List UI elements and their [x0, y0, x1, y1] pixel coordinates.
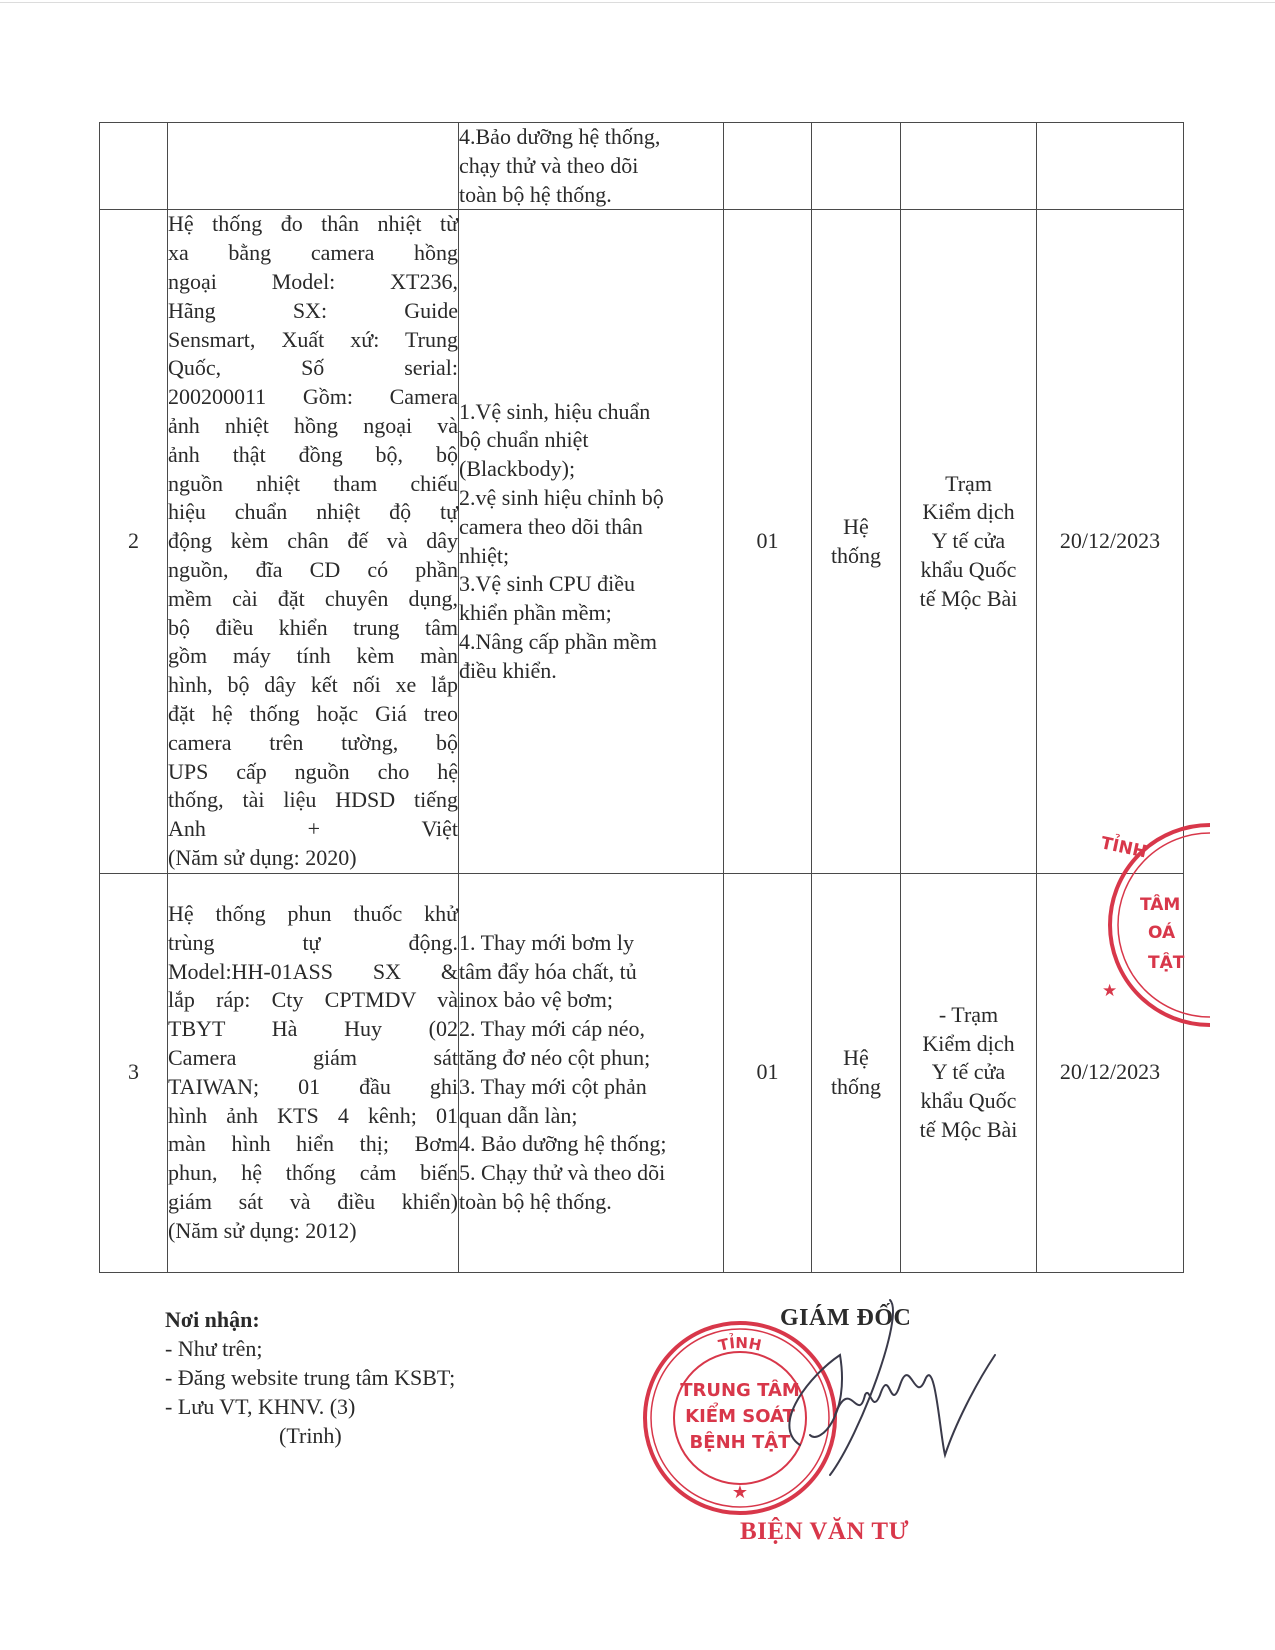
cell-text-line: đặt hệ thống hoặc Giá treo	[168, 700, 458, 729]
table-row: 2Hệ thống đo thân nhiệt từxa bằng camera…	[100, 210, 1184, 873]
drafter-initials: (Trinh)	[165, 1421, 455, 1450]
maintenance-tasks: 4.Bảo dưỡng hệ thống,chạy thử và theo dõ…	[459, 123, 724, 210]
cell-text-line: giám sát và điều khiển)	[168, 1188, 458, 1217]
location: TrạmKiểm dịchY tế cửakhẩu Quốctế Mộc Bài	[901, 210, 1037, 873]
cell-text-line: mềm cài đặt chuyên dụng,	[168, 585, 458, 614]
cell-text-line: 2.vệ sinh hiệu chỉnh bộ	[459, 484, 723, 513]
cell-text-line: ngoại Model: XT236,	[168, 268, 458, 297]
svg-text:TẬT: TẬT	[1148, 951, 1185, 973]
cell-text-line: 5. Chạy thử và theo dõi	[459, 1159, 723, 1188]
cell-text-line: phun, hệ thống cảm biến	[168, 1159, 458, 1188]
cell-text-line: nguồn, đĩa CD có phần	[168, 556, 458, 585]
cell-text-line: Hệ	[812, 513, 900, 542]
cell-text-line: khẩu Quốc	[901, 1087, 1036, 1116]
cell-text-line: điều khiển.	[459, 657, 723, 686]
cell-text-line: TBYT Hà Huy (02	[168, 1015, 458, 1044]
row-number: 2	[100, 210, 168, 873]
cell-text-line: Y tế cửa	[901, 1058, 1036, 1087]
cell-text-line: Quốc, Số serial:	[168, 354, 458, 383]
cell-text-line: hiệu chuẩn nhiệt độ tự	[168, 498, 458, 527]
cell-text-line: bộ điều khiển trung tâm	[168, 614, 458, 643]
quantity: 01	[724, 210, 812, 873]
recipient-item: - Đăng website trung tâm KSBT;	[165, 1363, 455, 1392]
unit	[812, 123, 901, 210]
cell-text-line: hình ảnh KTS 4 kênh; 01	[168, 1102, 458, 1131]
cell-text-line: - Trạm	[901, 1001, 1036, 1030]
cell-text-line: 2. Thay mới cáp néo,	[459, 1015, 723, 1044]
cell-text-line: khiển phần mềm;	[459, 599, 723, 628]
handwritten-signature-icon	[740, 1295, 1000, 1495]
cell-text-line: Camera giám sát	[168, 1044, 458, 1073]
cell-text-line: thống	[812, 542, 900, 571]
cell-text-line: bộ chuẩn nhiệt	[459, 426, 723, 455]
table-row: 3Hệ thống phun thuốc khửtrùng tự động.Mo…	[100, 873, 1184, 1272]
cell-text-line: chạy thử và theo dõi	[459, 152, 723, 181]
cell-text-line: tế Mộc Bài	[901, 1116, 1036, 1145]
recipients-title: Nơi nhận:	[165, 1305, 455, 1334]
maintenance-tasks: 1.Vệ sinh, hiệu chuẩnbộ chuẩn nhiệt(Blac…	[459, 210, 724, 873]
cell-text-line: gồm máy tính kèm màn	[168, 642, 458, 671]
maintenance-tasks: 1. Thay mới bơm lytâm đẩy hóa chất, tủin…	[459, 873, 724, 1272]
cell-text-line: (Năm sử dụng: 2012)	[168, 1217, 458, 1246]
svg-text:OÁ: OÁ	[1148, 921, 1176, 943]
cell-text-line: Hệ	[812, 1044, 900, 1073]
cell-text-line: 4.Bảo dưỡng hệ thống,	[459, 123, 723, 152]
cell-text-line: nguồn nhiệt tham chiếu	[168, 470, 458, 499]
location	[901, 123, 1037, 210]
quantity: 01	[724, 873, 812, 1272]
table-row: 4.Bảo dưỡng hệ thống,chạy thử và theo dõ…	[100, 123, 1184, 210]
cell-text-line: hình, bộ dây kết nối xe lắp	[168, 671, 458, 700]
quantity	[724, 123, 812, 210]
cell-text-line: động kèm chân đế và dây	[168, 527, 458, 556]
cell-text-line: 3. Thay mới cột phản	[459, 1073, 723, 1102]
cell-text-line: Hệ thống phun thuốc khử	[168, 900, 458, 929]
cell-text-line: Anh + Việt	[168, 815, 458, 844]
cell-text-line: tăng đơ néo cột phun;	[459, 1044, 723, 1073]
cell-text-line: camera theo dõi thân	[459, 513, 723, 542]
signer-name: BIỆN VĂN TƯ	[740, 1518, 909, 1546]
svg-text:TÂM: TÂM	[1140, 893, 1180, 915]
svg-text:★: ★	[1102, 981, 1117, 1001]
cell-text-line: 4. Bảo dưỡng hệ thống;	[459, 1130, 723, 1159]
equipment-description	[168, 123, 459, 210]
scan-edge	[0, 2, 1275, 3]
cell-text-line: Y tế cửa	[901, 527, 1036, 556]
cell-text-line: toàn bộ hệ thống.	[459, 181, 723, 210]
cell-text-line: UPS cấp nguồn cho hệ	[168, 758, 458, 787]
cell-text-line: TAIWAN; 01 đầu ghi	[168, 1073, 458, 1102]
cell-text-line: màn hình hiển thị; Bơm	[168, 1130, 458, 1159]
equipment-table: 4.Bảo dưỡng hệ thống,chạy thử và theo dõ…	[99, 122, 1184, 1273]
unit: Hệthống	[812, 210, 901, 873]
cell-text-line: quan dẫn làn;	[459, 1102, 723, 1131]
cell-text-line: (Năm sử dụng: 2020)	[168, 844, 458, 873]
cell-text-line: tâm đẩy hóa chất, tủ	[459, 958, 723, 987]
cell-text-line: ảnh nhiệt hồng ngoại và	[168, 412, 458, 441]
recipient-item: - Như trên;	[165, 1334, 455, 1363]
location: - TrạmKiểm dịchY tế cửakhẩu Quốctế Mộc B…	[901, 873, 1037, 1272]
cell-text-line: camera trên tường, bộ	[168, 729, 458, 758]
row-number: 3	[100, 873, 168, 1272]
cell-text-line: 4.Nâng cấp phần mềm	[459, 628, 723, 657]
cell-text-line: Hãng SX: Guide	[168, 297, 458, 326]
cell-text-line: Trạm	[901, 470, 1036, 499]
cell-text-line: 200200011 Gồm: Camera	[168, 383, 458, 412]
cell-text-line: inox bảo vệ bơm;	[459, 986, 723, 1015]
equipment-description: Hệ thống đo thân nhiệt từxa bằng camera …	[168, 210, 459, 873]
cell-text-line: Kiểm dịch	[901, 1030, 1036, 1059]
cell-text-line: ảnh thật đồng bộ, bộ	[168, 441, 458, 470]
date: 20/12/2023	[1037, 210, 1184, 873]
cell-text-line: toàn bộ hệ thống.	[459, 1188, 723, 1217]
svg-text:TỈNH: TỈNH	[1099, 830, 1149, 862]
cell-text-line: (Blackbody);	[459, 455, 723, 484]
equipment-description: Hệ thống phun thuốc khửtrùng tự động.Mod…	[168, 873, 459, 1272]
cell-text-line: thống, tài liệu HDSD tiếng	[168, 786, 458, 815]
cell-text-line: 3.Vệ sinh CPU điều	[459, 570, 723, 599]
document-page: 4.Bảo dưỡng hệ thống,chạy thử và theo dõ…	[0, 0, 1275, 1650]
cell-text-line: 1.Vệ sinh, hiệu chuẩn	[459, 398, 723, 427]
cell-text-line: khẩu Quốc	[901, 556, 1036, 585]
cell-text-line: xa bằng camera hồng	[168, 239, 458, 268]
cell-text-line: trùng tự động.	[168, 929, 458, 958]
recipients-block: Nơi nhận: - Như trên; - Đăng website tru…	[165, 1305, 455, 1450]
recipient-item: - Lưu VT, KHNV. (3)	[165, 1392, 455, 1421]
cell-text-line: nhiệt;	[459, 542, 723, 571]
cell-text-line: Hệ thống đo thân nhiệt từ	[168, 210, 458, 239]
cell-text-line: 1. Thay mới bơm ly	[459, 929, 723, 958]
cell-text-line: Model:HH-01ASS SX &	[168, 958, 458, 987]
unit: Hệthống	[812, 873, 901, 1272]
row-number	[100, 123, 168, 210]
cell-text-line: Kiểm dịch	[901, 498, 1036, 527]
cell-text-line: thống	[812, 1073, 900, 1102]
page-seal-fragment-icon: TỈNH TÂM OÁ TẬT ★	[1040, 820, 1210, 1030]
date	[1037, 123, 1184, 210]
cell-text-line: tế Mộc Bài	[901, 585, 1036, 614]
cell-text-line: Sensmart, Xuất xứ: Trung	[168, 326, 458, 355]
cell-text-line: lắp ráp: Cty CPTMDV và	[168, 986, 458, 1015]
